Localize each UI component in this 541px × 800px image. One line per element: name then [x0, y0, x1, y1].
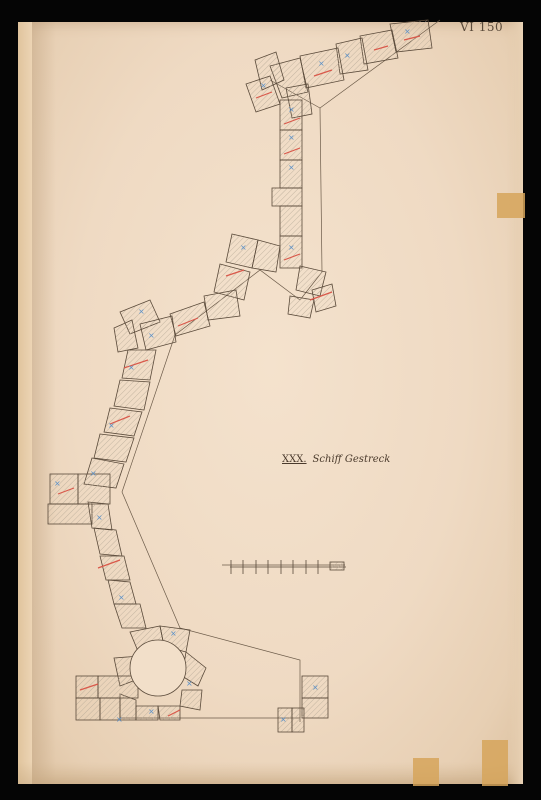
svg-text:×: ×	[288, 243, 295, 252]
plan-title-text: Schiff Gestreck	[313, 454, 391, 465]
blue-markings: ××× ××× ××× ××× ××× ××× ××× ××	[54, 27, 411, 724]
scale-bar	[230, 560, 346, 574]
svg-text:×: ×	[108, 421, 115, 430]
svg-text:×: ×	[312, 683, 319, 692]
svg-text:×: ×	[96, 513, 103, 522]
svg-text:×: ×	[138, 307, 145, 316]
svg-text:×: ×	[116, 715, 123, 724]
svg-text:×: ×	[148, 331, 155, 340]
svg-text:×: ×	[288, 163, 295, 172]
svg-text:×: ×	[260, 81, 267, 90]
floor-plan-drawing: ××× ××× ××× ××× ××× ××× ××× ××	[0, 0, 541, 800]
svg-text:×: ×	[118, 593, 125, 602]
plan-number: XXX.	[282, 454, 307, 465]
svg-text:×: ×	[288, 133, 295, 142]
room-group-column	[272, 100, 302, 268]
svg-text:×: ×	[170, 629, 177, 638]
svg-text:×: ×	[404, 27, 411, 36]
svg-text:×: ×	[148, 707, 155, 716]
image-viewer: VI 150	[0, 0, 541, 800]
svg-text:×: ×	[288, 105, 295, 114]
svg-text:×: ×	[344, 51, 351, 60]
red-markings	[58, 36, 420, 716]
svg-text:×: ×	[90, 469, 97, 478]
svg-text:×: ×	[128, 363, 135, 372]
svg-text:×: ×	[280, 715, 287, 724]
room-group-tower	[76, 626, 206, 720]
svg-text:×: ×	[54, 479, 61, 488]
svg-text:×: ×	[240, 243, 247, 252]
room-group-middle	[170, 234, 336, 336]
svg-text:×: ×	[186, 679, 193, 688]
svg-text:×: ×	[318, 59, 325, 68]
plan-title: XXX.Schiff Gestreck	[282, 454, 390, 465]
